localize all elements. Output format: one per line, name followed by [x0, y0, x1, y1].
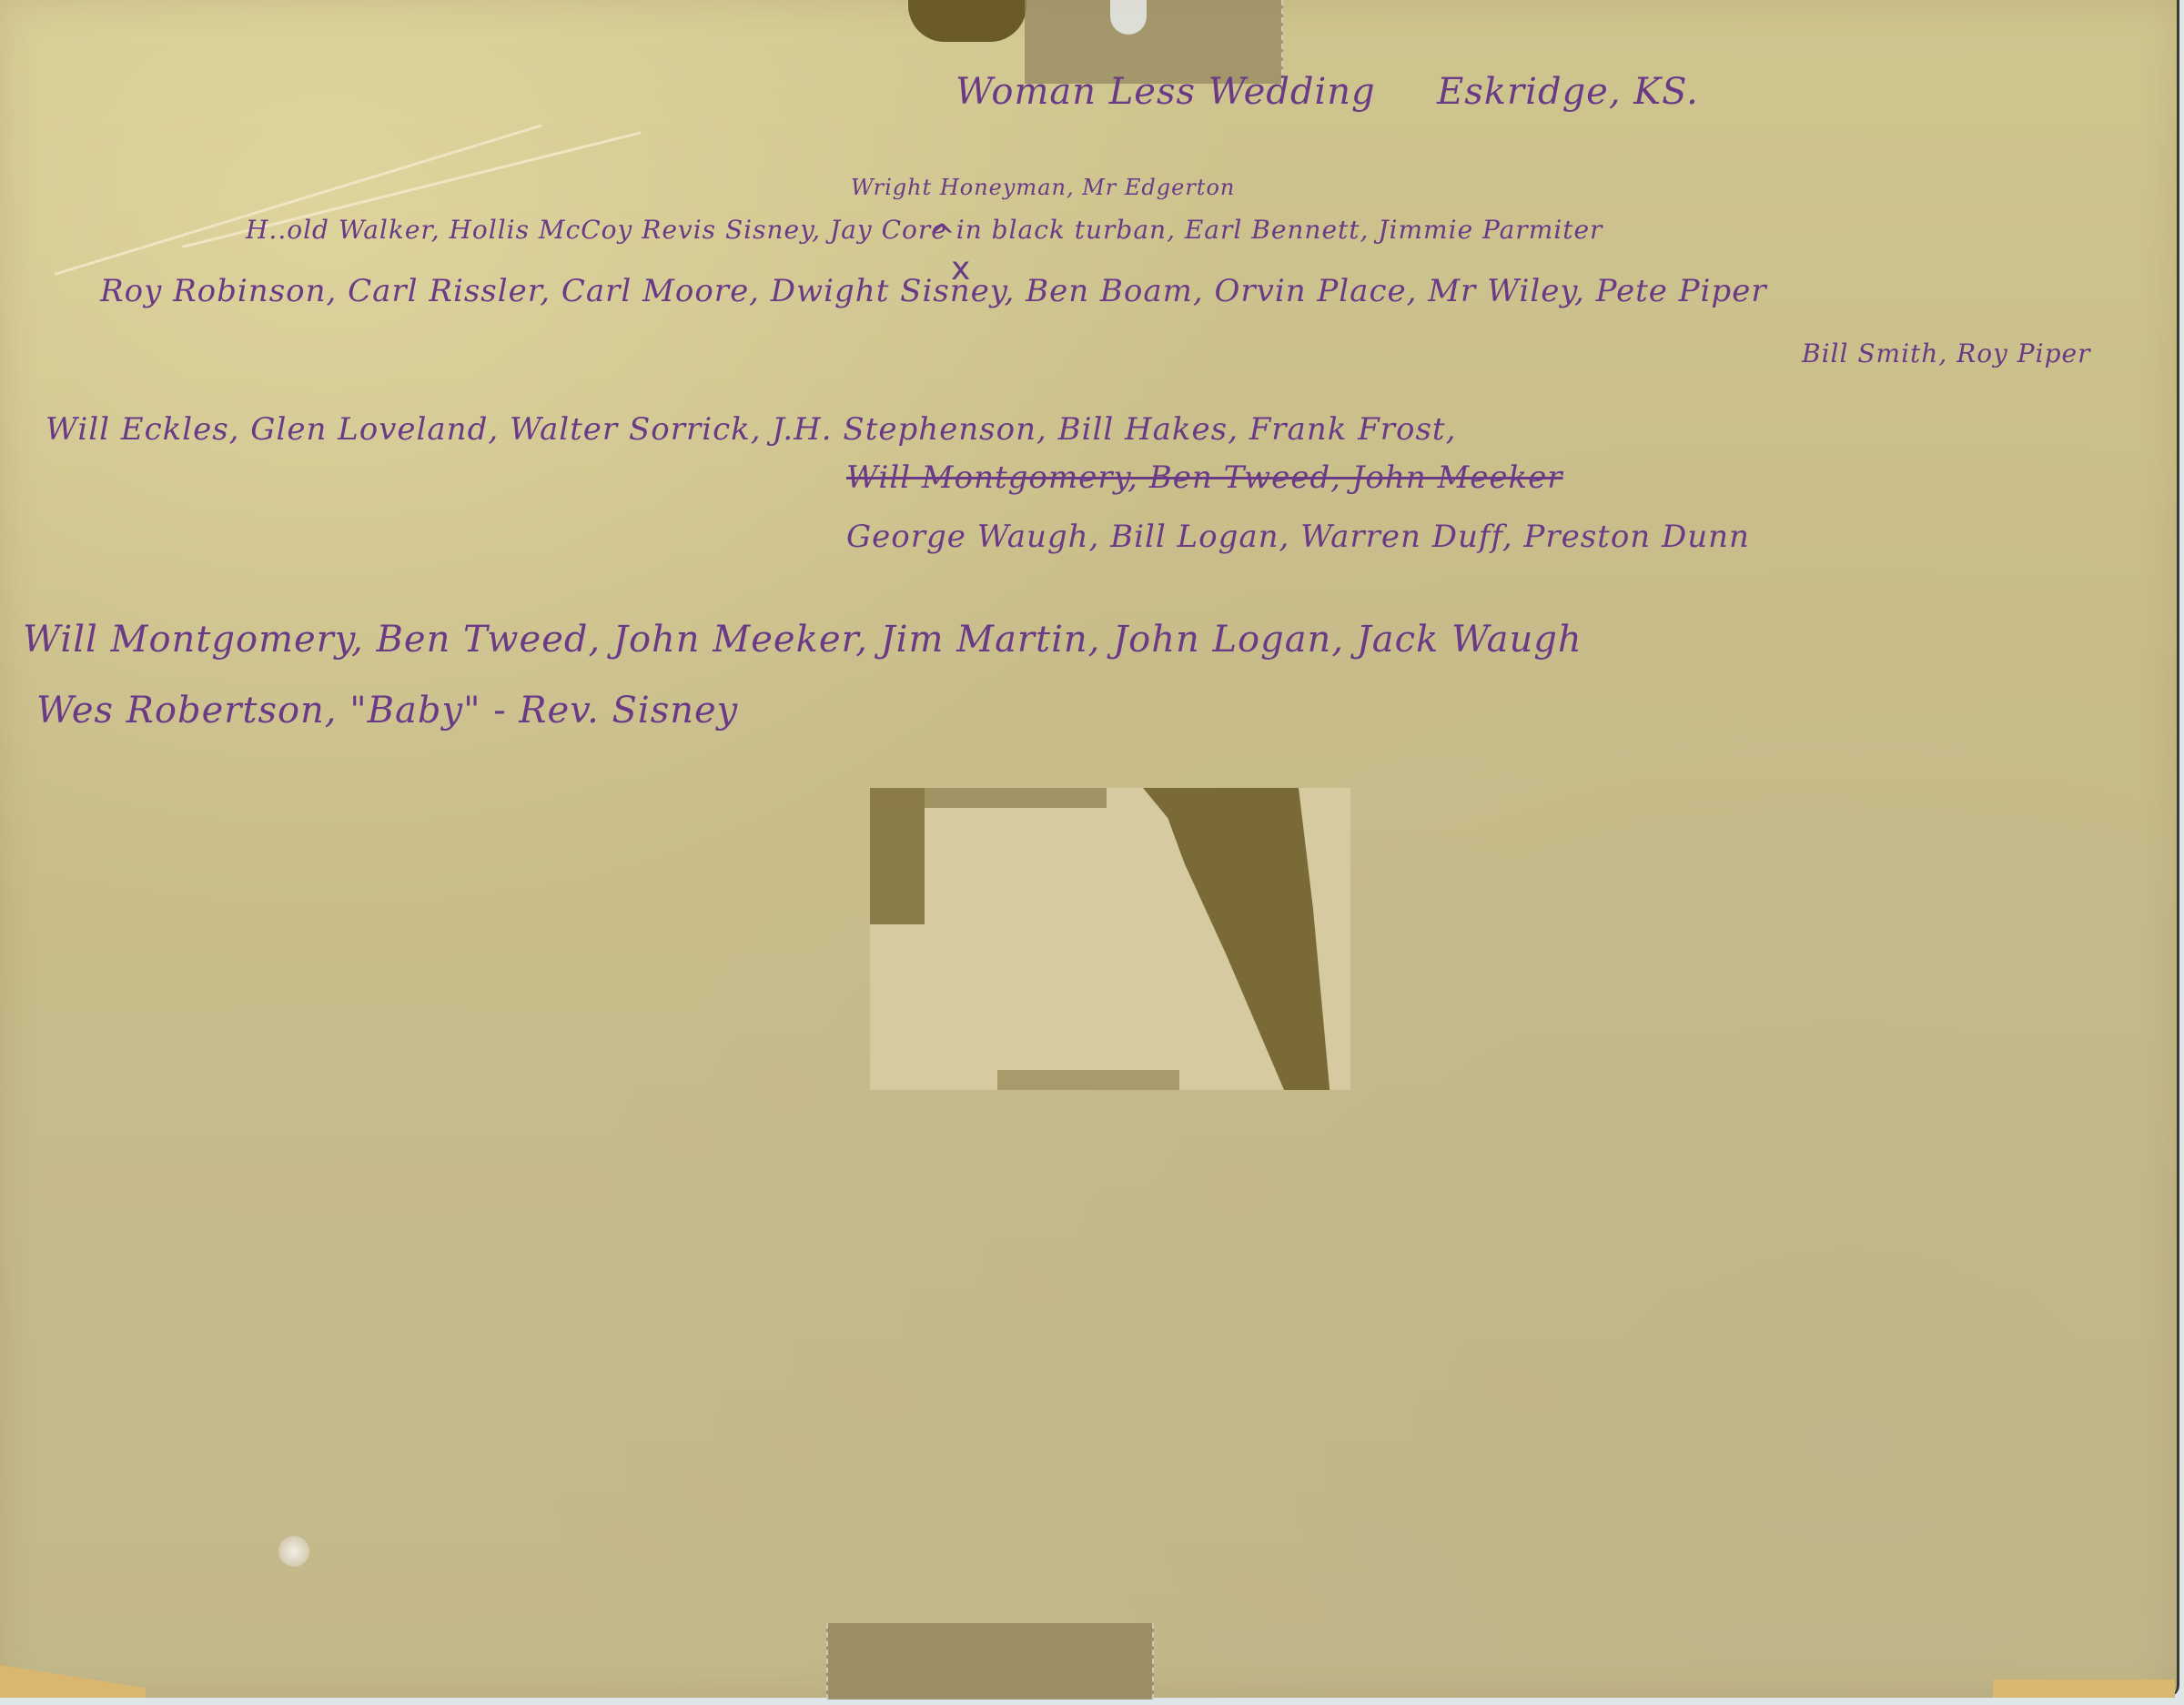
- top-tape: [908, 0, 1281, 44]
- title: Woman Less Wedding: [955, 71, 1376, 113]
- names-row-1: H..old Walker, Hollis McCoy Revis Sisney…: [246, 215, 1603, 245]
- location: Eskridge, KS.: [1437, 71, 1699, 113]
- stain-right: [1143, 788, 1350, 1090]
- stain-top: [870, 788, 1107, 808]
- insertion-note: Wright Honeyman, Mr Edgerton: [851, 175, 1235, 200]
- torn-corner-left: [0, 1665, 146, 1698]
- glue-residue-patch: [870, 788, 1350, 1090]
- stain-bottom: [997, 1070, 1179, 1090]
- mount-board: Woman Less Wedding Eskridge, KS. Wright …: [0, 0, 2179, 1698]
- torn-edge-right: [1993, 1680, 2175, 1698]
- names-row-2: Roy Robinson, Carl Rissler, Carl Moore, …: [100, 273, 1767, 309]
- paper-crease: [55, 124, 542, 276]
- bottom-tape: [826, 1623, 1154, 1700]
- water-spot: [278, 1536, 309, 1567]
- names-row-3b: George Waugh, Bill Logan, Warren Duff, P…: [846, 519, 1750, 555]
- names-row-4: Will Montgomery, Ben Tweed, John Meeker,…: [23, 619, 1582, 661]
- stain-left: [870, 788, 925, 924]
- names-row-3: Will Eckles, Glen Loveland, Walter Sorri…: [45, 411, 1456, 448]
- names-row-2b: Bill Smith, Roy Piper: [1802, 338, 2090, 368]
- title-line: Woman Less Wedding Eskridge, KS.: [955, 71, 1699, 113]
- names-row-4b: Wes Robertson, "Baby" - Rev. Sisney: [36, 690, 738, 731]
- photo-remnant: [908, 0, 1026, 42]
- names-row-3-struck: Will Montgomery, Ben Tweed, John Meeker: [846, 459, 1563, 496]
